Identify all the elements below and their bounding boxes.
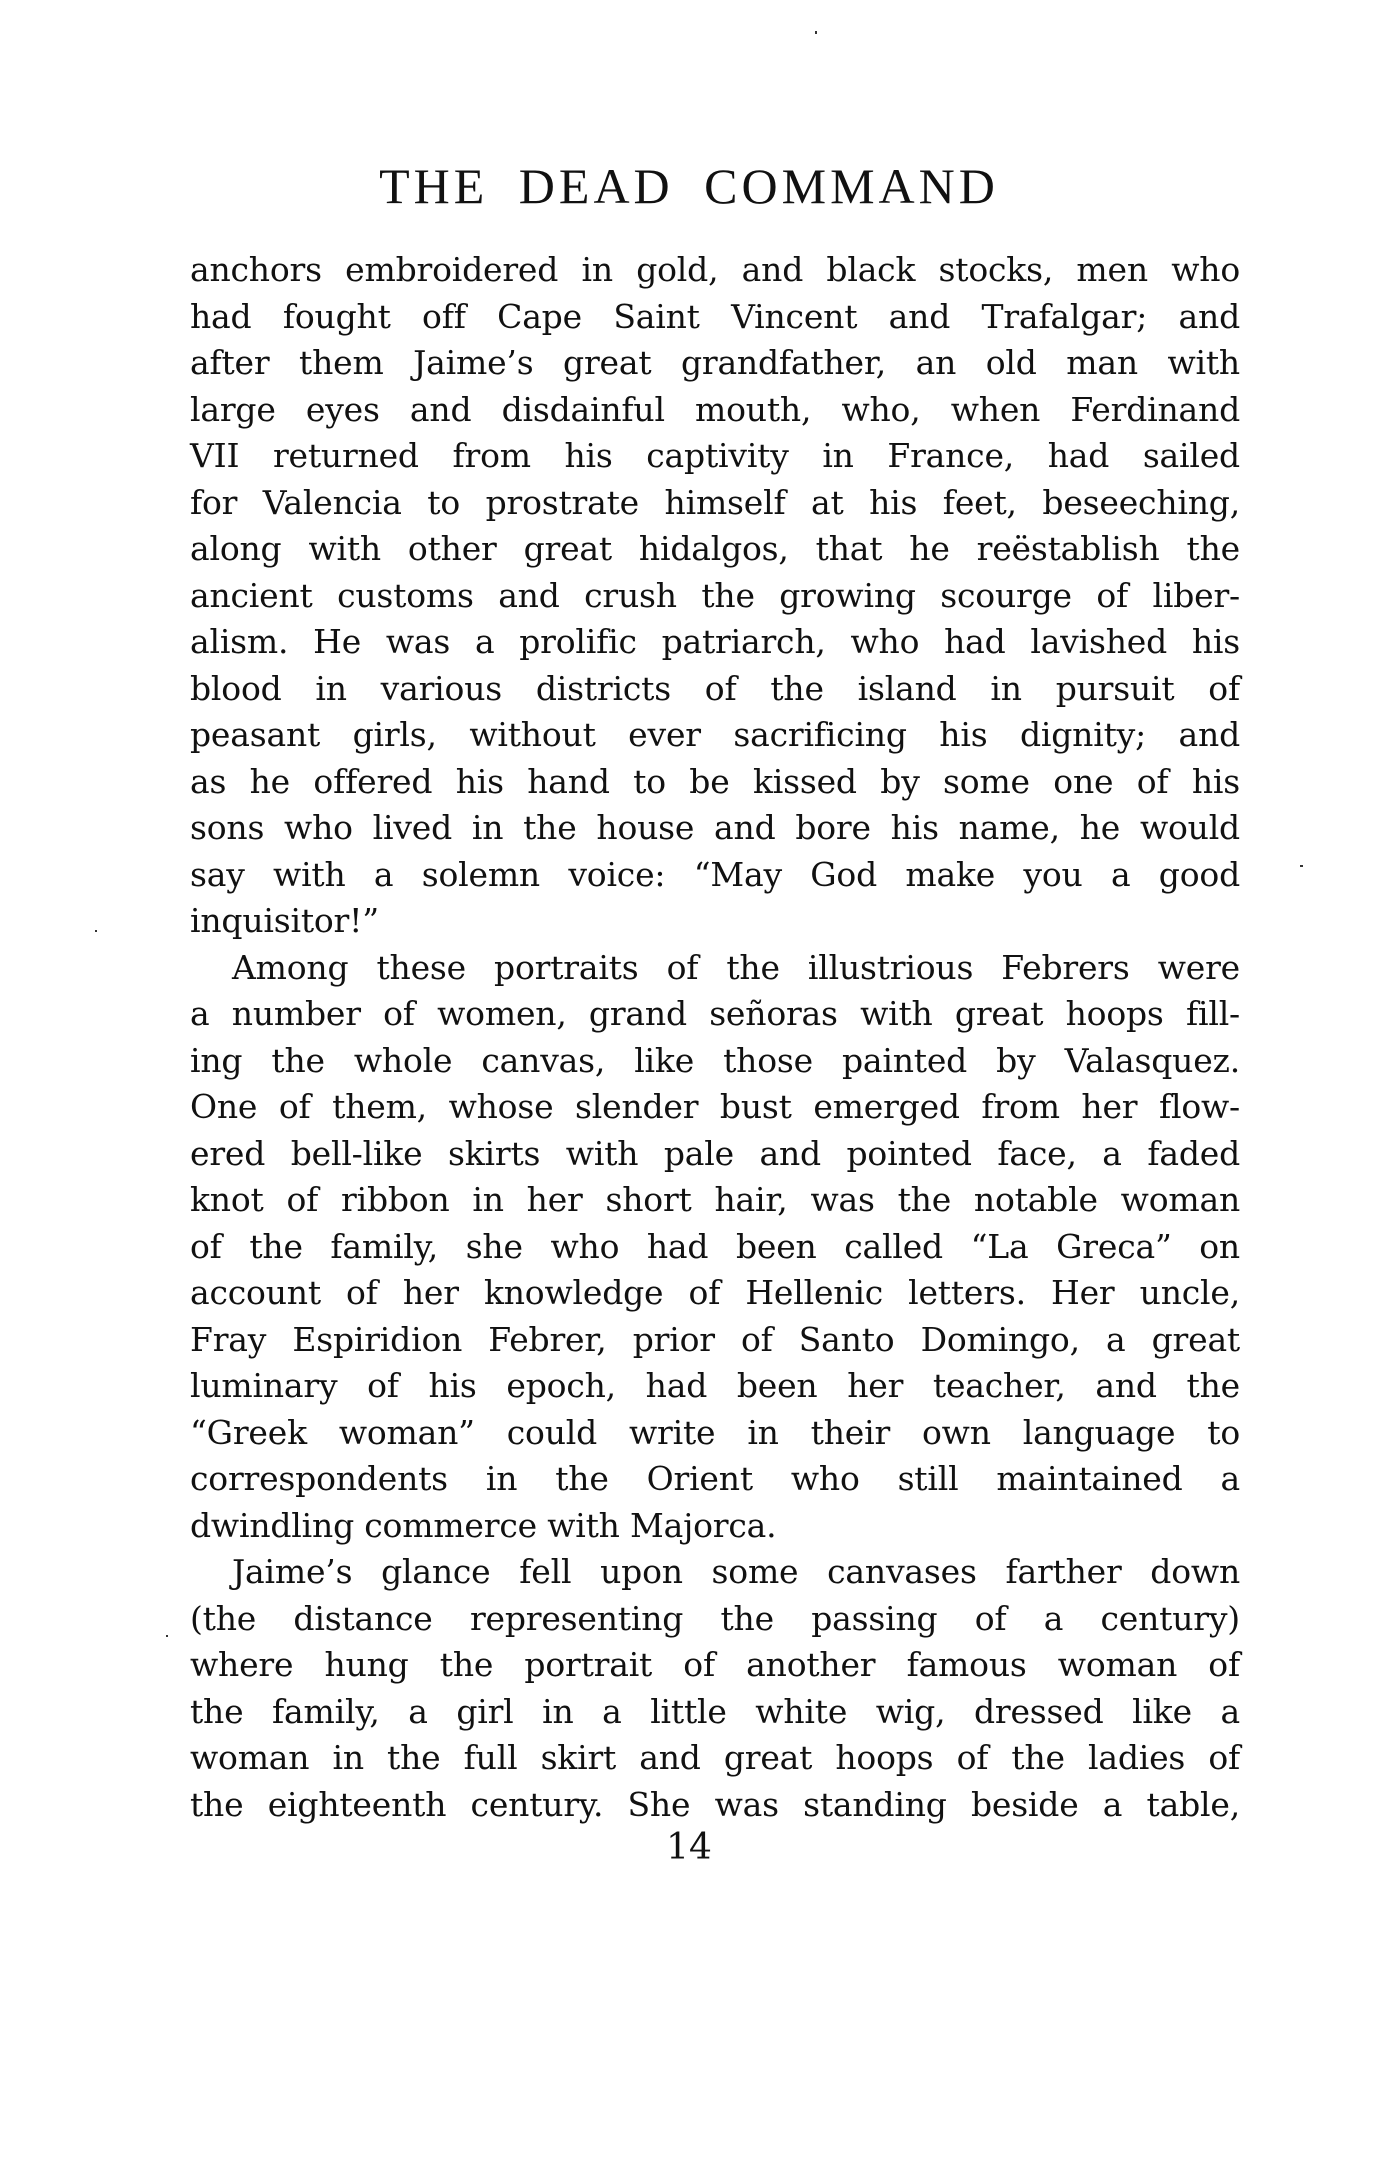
body-text: anchors embroidered in gold, and black s… xyxy=(190,247,1240,1828)
paragraph: anchors embroidered in gold, and black s… xyxy=(190,247,1240,945)
text-line: VII returned from his captivity in Franc… xyxy=(190,433,1240,480)
text-line: ancient customs and crush the growing sc… xyxy=(190,573,1240,620)
text-line: after them Jaime’s great grandfather, an… xyxy=(190,340,1240,387)
text-line: as he offered his hand to be kissed by s… xyxy=(190,759,1240,806)
text-line: dwindling commerce with Majorca. xyxy=(190,1503,1240,1550)
page-number: 14 xyxy=(0,1826,1378,1870)
scan-speck xyxy=(815,31,817,34)
paragraph: Jaime’s glance fell upon some canvases f… xyxy=(190,1549,1240,1828)
text-line: Jaime’s glance fell upon some canvases f… xyxy=(190,1549,1240,1596)
text-line: “Greek woman” could write in their own l… xyxy=(190,1410,1240,1457)
running-head-title: THE DEAD COMMAND xyxy=(0,158,1378,214)
text-line: the family, a girl in a little white wig… xyxy=(190,1689,1240,1736)
text-line: say with a solemn voice: “May God make y… xyxy=(190,852,1240,899)
text-line: anchors embroidered in gold, and black s… xyxy=(190,247,1240,294)
text-line: for Valencia to prostrate himself at his… xyxy=(190,480,1240,527)
paragraph: Among these portraits of the illustrious… xyxy=(190,945,1240,1550)
scan-speck xyxy=(95,930,97,932)
text-line: sons who lived in the house and bore his… xyxy=(190,805,1240,852)
text-line: (the distance representing the passing o… xyxy=(190,1596,1240,1643)
text-line: the eighteenth century. She was standing… xyxy=(190,1782,1240,1829)
text-line: alism. He was a prolific patriarch, who … xyxy=(190,619,1240,666)
text-line: along with other great hidalgos, that he… xyxy=(190,526,1240,573)
text-line: Fray Espiridion Febrer, prior of Santo D… xyxy=(190,1317,1240,1364)
text-line: ing the whole canvas, like those painted… xyxy=(190,1038,1240,1085)
scan-speck xyxy=(166,1635,168,1637)
text-line: woman in the full skirt and great hoops … xyxy=(190,1735,1240,1782)
text-line: luminary of his epoch, had been her teac… xyxy=(190,1363,1240,1410)
text-line: peasant girls, without ever sacrificing … xyxy=(190,712,1240,759)
text-line: correspondents in the Orient who still m… xyxy=(190,1456,1240,1503)
text-line: ered bell-like skirts with pale and poin… xyxy=(190,1131,1240,1178)
book-page: THE DEAD COMMAND anchors embroidered in … xyxy=(0,0,1378,2168)
text-line: account of her knowledge of Hellenic let… xyxy=(190,1270,1240,1317)
text-line: Among these portraits of the illustrious… xyxy=(190,945,1240,992)
text-line: large eyes and disdainful mouth, who, wh… xyxy=(190,387,1240,434)
text-line: where hung the portrait of another famou… xyxy=(190,1642,1240,1689)
text-line: knot of ribbon in her short hair, was th… xyxy=(190,1177,1240,1224)
text-line: of the family, she who had been called “… xyxy=(190,1224,1240,1271)
text-line: blood in various districts of the island… xyxy=(190,666,1240,713)
text-line: One of them, whose slender bust emerged … xyxy=(190,1084,1240,1131)
text-line: inquisitor!” xyxy=(190,898,1240,945)
text-line: a number of women, grand señoras with gr… xyxy=(190,991,1240,1038)
text-line: had fought off Cape Saint Vincent and Tr… xyxy=(190,294,1240,341)
scan-speck xyxy=(1300,865,1303,867)
